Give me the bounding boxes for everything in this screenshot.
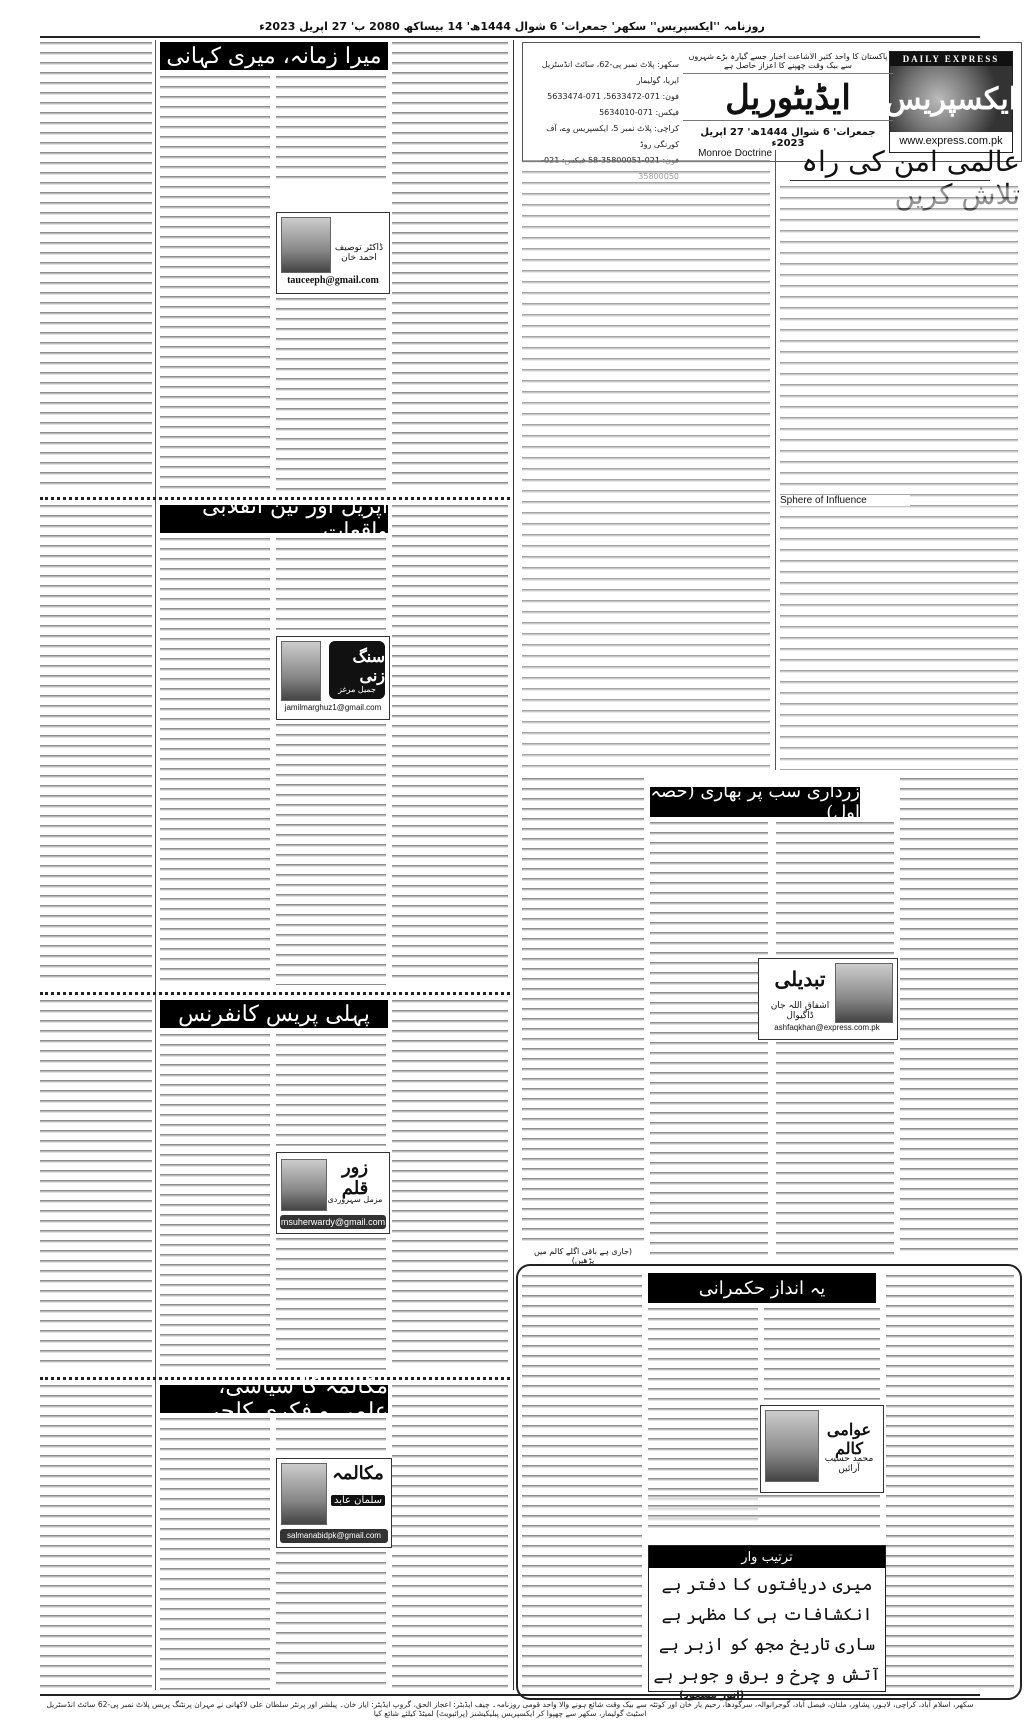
column-name: تبدیلی: [765, 967, 835, 991]
author-box-april: سنگ زنی جمیل مرغز jamilmarghuz1@gmail.co…: [276, 636, 390, 720]
column-name: سنگ زنی: [329, 647, 385, 685]
author-photo: [765, 1410, 819, 1482]
column-divider: [155, 40, 156, 1690]
poem-line: میری دریافتوں کا دفتر ہے: [649, 1570, 885, 1600]
logo-text: ایکسپریس: [885, 82, 1017, 117]
meera-body-col-3: [160, 76, 270, 492]
meera-body-col-2: [276, 76, 386, 184]
zardari-body-col-4: [522, 778, 644, 1258]
column-title-zardari: زرداری سب پر بھاری (حصہ اول): [650, 787, 860, 817]
column-divider: [775, 150, 776, 770]
meera-body-col-2b: [276, 298, 386, 492]
author-photo: [281, 641, 321, 701]
press-body-col-2: [276, 1034, 386, 1146]
poem-title: ترتیب وار: [649, 1546, 885, 1568]
column-logo: سنگ زنی جمیل مرغز: [329, 641, 385, 699]
author-name: مزمل سہروردی: [325, 1195, 385, 1204]
column-title-mukalma: مکالمہ کا سیاسی، علمی و فکری کلچر: [160, 1385, 388, 1413]
top-rule: [40, 36, 980, 38]
press-body-col-2b: [276, 1238, 386, 1370]
author-name: محمد حسیب آرائیں: [819, 1454, 879, 1474]
logo-globe-icon: ایکسپریس: [890, 66, 1012, 132]
continuation-body-1: [40, 42, 152, 492]
meera-body-col-1: [392, 42, 508, 492]
column-title-meera-zamana: میرا زمانہ، میری کہانی: [160, 42, 388, 70]
author-email[interactable]: msuherwardy@gmail.com: [280, 1215, 386, 1229]
zardari-body-col-2: [776, 822, 894, 1258]
editorial-body-col-2: [522, 160, 770, 770]
address-line: فیکس: 071-5634010: [529, 105, 679, 121]
april-body-col-1: [392, 505, 508, 985]
express-logo[interactable]: DAILY EXPRESS ایکسپریس www.express.com.p…: [889, 51, 1013, 153]
author-box-hukmarani: عوامی کالم محمد حسیب آرائیں: [760, 1405, 884, 1493]
masthead-tagline: پاکستان کا واحد کثیر الاشاعت اخبار جسے گ…: [683, 43, 893, 74]
zardari-body-col-1: [900, 778, 1018, 1258]
address-line: سکھر: پلاٹ نمبر پی-62، سائٹ انڈسٹریل ایر…: [529, 57, 679, 89]
april-body-col-3: [160, 538, 270, 985]
author-email[interactable]: tauceeph@gmail.com: [277, 275, 389, 286]
author-photo: [281, 1159, 327, 1211]
column-title-hukmarani: یہ انداز حکمرانی: [648, 1273, 876, 1303]
masthead-center: پاکستان کا واحد کثیر الاشاعت اخبار جسے گ…: [683, 43, 893, 161]
poem-body: میری دریافتوں کا دفتر ہے انکشافات ہی کا …: [649, 1568, 885, 1690]
section-divider: [40, 992, 510, 995]
hukmarani-body-col-1: [886, 1275, 1014, 1690]
mukalma-body-col-2b: [276, 1552, 386, 1690]
continued-note: (جاری ہے باقی اگلے کالم میں پڑھیں): [522, 1247, 644, 1265]
footer-imprint: سکھر، اسلام آباد، کراچی، لاہور، پشاور، م…: [40, 1700, 980, 1718]
author-photo: [835, 963, 893, 1023]
dateline: روزنامہ ''ایکسپریس'' سکھر' جمعرات' 6 شوا…: [0, 20, 1024, 33]
author-name: سلمان عابد: [331, 1495, 385, 1506]
editorial-body-col-1: [780, 186, 1018, 770]
author-name: جمیل مرغز: [338, 685, 376, 694]
author-name: اشفاق اللہ جان ڈاگیوال: [763, 1001, 837, 1021]
poem-line: ساری تاریخ مجھ کو ازبر ہے: [649, 1630, 885, 1660]
author-box-mukalma: مکالمہ سلمان عابد salmanabidpk@gmail.com: [276, 1458, 392, 1548]
poem-line: آتش و چرخ و برق و جوہر ہے: [649, 1660, 885, 1690]
masthead: DAILY EXPRESS ایکسپریس www.express.com.p…: [522, 42, 1022, 162]
headline-underline: [790, 180, 990, 181]
column-title-april: اپریل اور تین انقلابی واقعات: [160, 505, 388, 533]
author-email[interactable]: salmanabidpk@gmail.com: [280, 1529, 388, 1543]
author-photo: [281, 217, 331, 273]
continuation-body-3: [40, 1000, 152, 1370]
column-name: زور قلم: [327, 1157, 383, 1199]
april-body-col-2: [276, 538, 386, 630]
footer-rule: [40, 1694, 980, 1696]
hukmarani-body-col-4: [522, 1275, 642, 1690]
continuation-body-2: [40, 505, 152, 985]
poem-line: انکشافات ہی کا مظہر ہے: [649, 1600, 885, 1630]
poem-box: ترتیب وار میری دریافتوں کا دفتر ہے انکشا…: [648, 1545, 886, 1692]
editorial-term: Sphere of Influence: [780, 495, 910, 506]
hukmarani-body-col-3: [648, 1308, 758, 1526]
april-body-col-2b: [276, 724, 386, 985]
logo-top-label: DAILY EXPRESS: [890, 52, 1012, 66]
press-body-col-1: [392, 1000, 508, 1370]
author-email[interactable]: ashfaqkhan@express.com.pk: [761, 1023, 893, 1032]
page-title: ایڈیٹوریل: [683, 74, 893, 120]
mukalma-body-col-3: [160, 1418, 270, 1690]
hukmarani-body-col-2: [764, 1308, 880, 1400]
mukalma-body-col-2: [276, 1418, 386, 1452]
center-divider: [513, 40, 514, 1690]
author-box-zardari: تبدیلی اشفاق اللہ جان ڈاگیوال ashfaqkhan…: [758, 958, 898, 1040]
editorial-term: Monroe Doctrine: [522, 148, 772, 159]
zardari-body-col-3: [650, 822, 768, 1258]
author-name: ڈاکٹر توصیف احمد خان: [331, 243, 387, 263]
author-box-meera: ڈاکٹر توصیف احمد خان tauceeph@gmail.com: [276, 212, 390, 294]
continuation-body-4: [40, 1385, 152, 1690]
author-email[interactable]: jamilmarghuz1@gmail.com: [277, 703, 389, 712]
author-photo: [281, 1463, 327, 1525]
address-line: فون: 071-5633472، 071-5633474: [529, 89, 679, 105]
hukmarani-body-bottom: [648, 1495, 880, 1535]
column-name: مکالمہ: [329, 1463, 387, 1484]
press-body-col-3: [160, 1034, 270, 1370]
mukalma-body-col-1: [392, 1385, 508, 1690]
column-name: عوامی کالم: [819, 1420, 879, 1458]
column-title-press-conference: پہلی پریس کانفرنس: [160, 1000, 388, 1028]
author-box-press: زور قلم مزمل سہروردی msuherwardy@gmail.c…: [276, 1152, 390, 1234]
